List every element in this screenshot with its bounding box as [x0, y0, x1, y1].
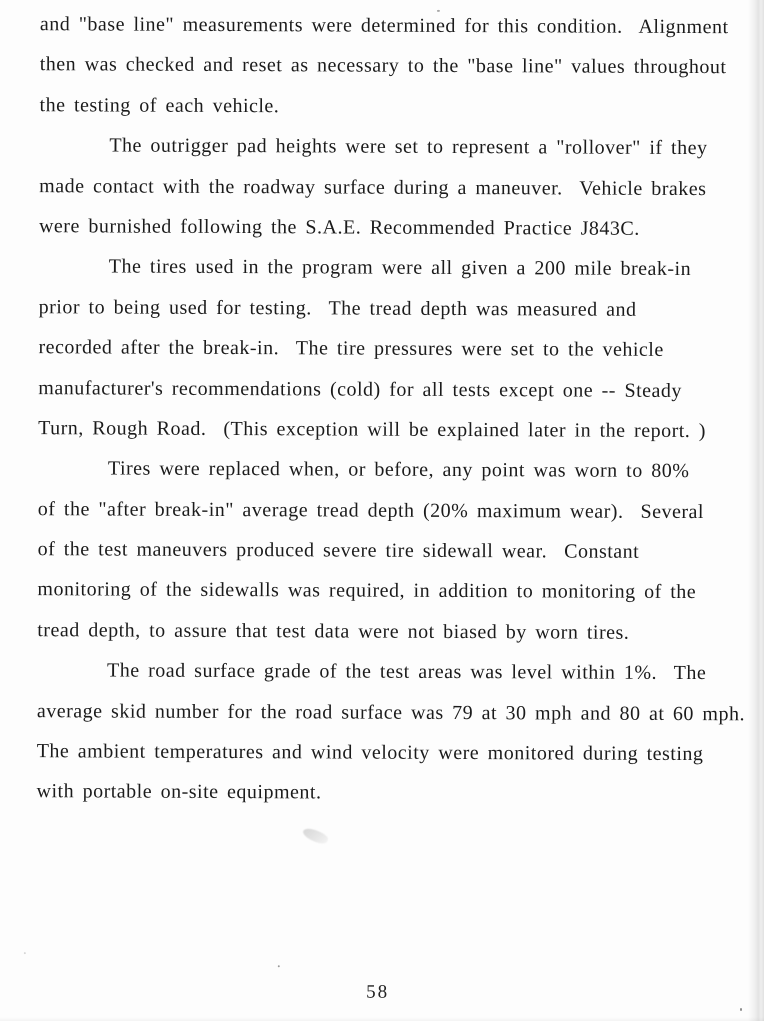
text-line: The tires used in the program were all g…: [39, 247, 753, 291]
scanned-text-area: and "base line" measurements were determ…: [0, 0, 764, 1021]
page-number: 58: [0, 980, 760, 1005]
text-line: of the test maneuvers produced severe ti…: [38, 529, 752, 573]
text-line: and "base line" measurements were determ…: [40, 4, 754, 48]
scan-speck: [278, 965, 280, 967]
text-line: of the "after break-in" average tread de…: [38, 489, 752, 533]
scan-speck: [740, 1008, 742, 1011]
text-line: the testing of each vehicle.: [39, 85, 753, 129]
text-line: The outrigger pad heights were set to re…: [39, 125, 753, 169]
text-line: Turn, Rough Road. (This exception will b…: [38, 408, 752, 452]
scan-speck: [24, 952, 26, 954]
text-line: with portable on-site equipment.: [36, 772, 750, 816]
text-line: Tires were replaced when, or before, any…: [38, 448, 752, 492]
text-line: The ambient temperatures and wind veloci…: [37, 731, 751, 775]
smudge-mark: [301, 826, 329, 847]
text-line: manufacturer's recommendations (cold) fo…: [38, 368, 752, 412]
document-page: and "base line" measurements were determ…: [0, 0, 764, 1021]
body-text: and "base line" measurements were determ…: [36, 4, 754, 815]
scan-speck: [437, 10, 440, 12]
text-line: recorded after the break-in. The tire pr…: [38, 327, 752, 371]
text-line: then was checked and reset as necessary …: [40, 45, 754, 89]
text-line: tread depth, to assure that test data we…: [37, 610, 751, 654]
text-line: monitoring of the sidewalls was required…: [37, 570, 751, 614]
text-line: prior to being used for testing. The tre…: [39, 287, 753, 331]
text-line: The road surface grade of the test areas…: [37, 650, 751, 694]
text-line: average skid number for the road surface…: [37, 691, 751, 735]
text-line: were burnished following the S.A.E. Reco…: [39, 206, 753, 250]
text-line: made contact with the roadway surface du…: [39, 166, 753, 210]
